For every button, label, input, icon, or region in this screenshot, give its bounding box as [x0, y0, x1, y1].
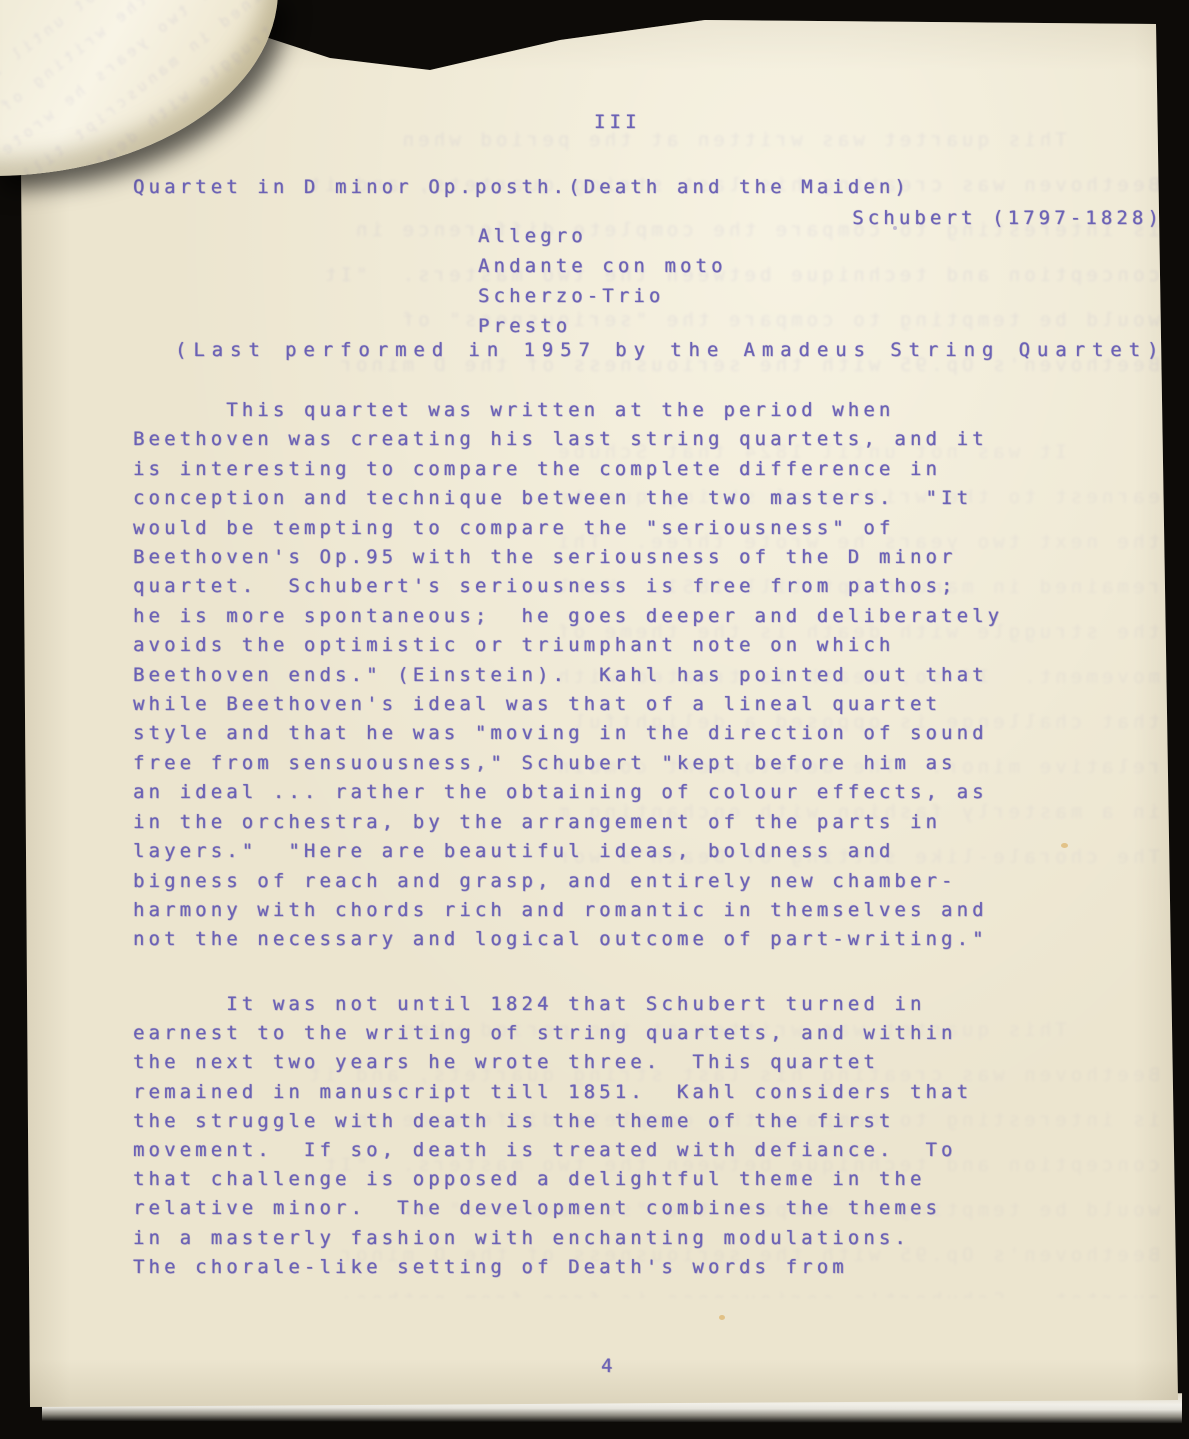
- document-page: This quartet was written at the period w…: [0, 0, 1189, 1439]
- paper-stain: [1061, 843, 1068, 848]
- scanned-document-photo: This quartet was written at the period w…: [0, 0, 1189, 1439]
- paper-stain: [893, 226, 897, 230]
- section-number: III: [594, 108, 641, 137]
- performance-note: (Last performed in 1957 by the Amadeus S…: [175, 336, 1165, 365]
- paragraph-1: This quartet was written at the period w…: [133, 396, 1003, 955]
- work-title: Quartet in D minor Op.posth.(Death and t…: [133, 173, 910, 202]
- page-number: 4: [601, 1352, 617, 1381]
- movement-list: Allegro Andante con moto Scherzo-Trio Pr…: [478, 221, 727, 341]
- paragraph-2: It was not until 1824 that Schubert turn…: [133, 990, 972, 1282]
- paper-stain: [719, 1315, 725, 1320]
